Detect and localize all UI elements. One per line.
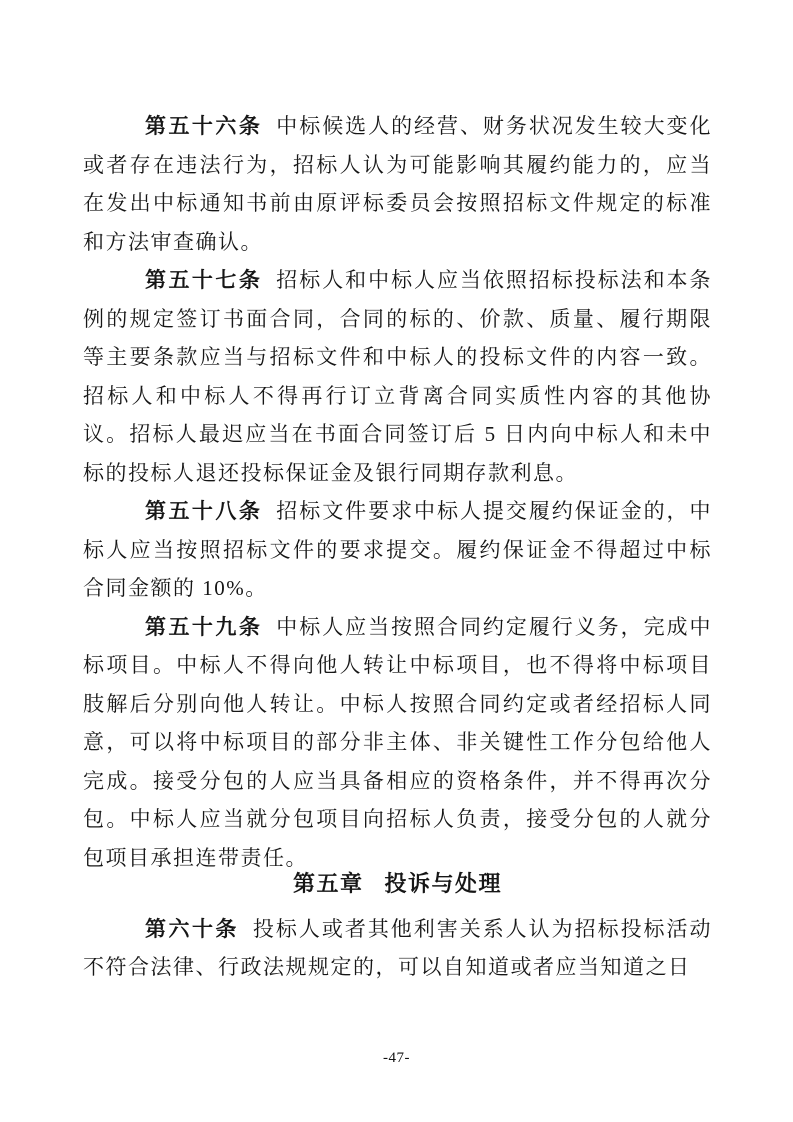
- chapter-title: 投诉与处理: [385, 871, 503, 896]
- article-number: 第五十七条: [145, 268, 262, 292]
- article-number: 第五十八条: [145, 499, 262, 523]
- document-page: 第五十六条中标候选人的经营、财务状况发生较大变化或者存在违法行为，招标人认为可能…: [0, 0, 793, 1122]
- article-paragraph: 第五十八条招标文件要求中标人提交履约保证金的，中标人应当按照招标文件的要求提交。…: [83, 492, 712, 608]
- article-paragraph: 第五十九条中标人应当按照合同约定履行义务，完成中标项目。中标人不得向他人转让中标…: [83, 608, 712, 878]
- article-number: 第六十条: [145, 917, 239, 941]
- article-paragraph: 第六十条投标人或者其他利害关系人认为招标投标活动不符合法律、行政法规规定的，可以…: [83, 910, 712, 987]
- article-text: 中标人应当按照合同约定履行义务，完成中标项目。中标人不得向他人转让中标项目，也不…: [83, 615, 712, 870]
- article-paragraph: 第五十七条招标人和中标人应当依照招标投标法和本条例的规定签订书面合同，合同的标的…: [83, 261, 712, 492]
- article-text: 招标人和中标人应当依照招标投标法和本条例的规定签订书面合同，合同的标的、价款、质…: [83, 268, 712, 485]
- article-number: 第五十九条: [145, 615, 262, 639]
- article-number: 第五十六条: [145, 114, 262, 138]
- page-content: 第五十六条中标候选人的经营、财务状况发生较大变化或者存在违法行为，招标人认为可能…: [83, 107, 712, 987]
- article-paragraph: 第五十六条中标候选人的经营、财务状况发生较大变化或者存在违法行为，招标人认为可能…: [83, 107, 712, 261]
- chapter-number: 第五章: [293, 871, 364, 896]
- page-number: -47-: [0, 1050, 793, 1067]
